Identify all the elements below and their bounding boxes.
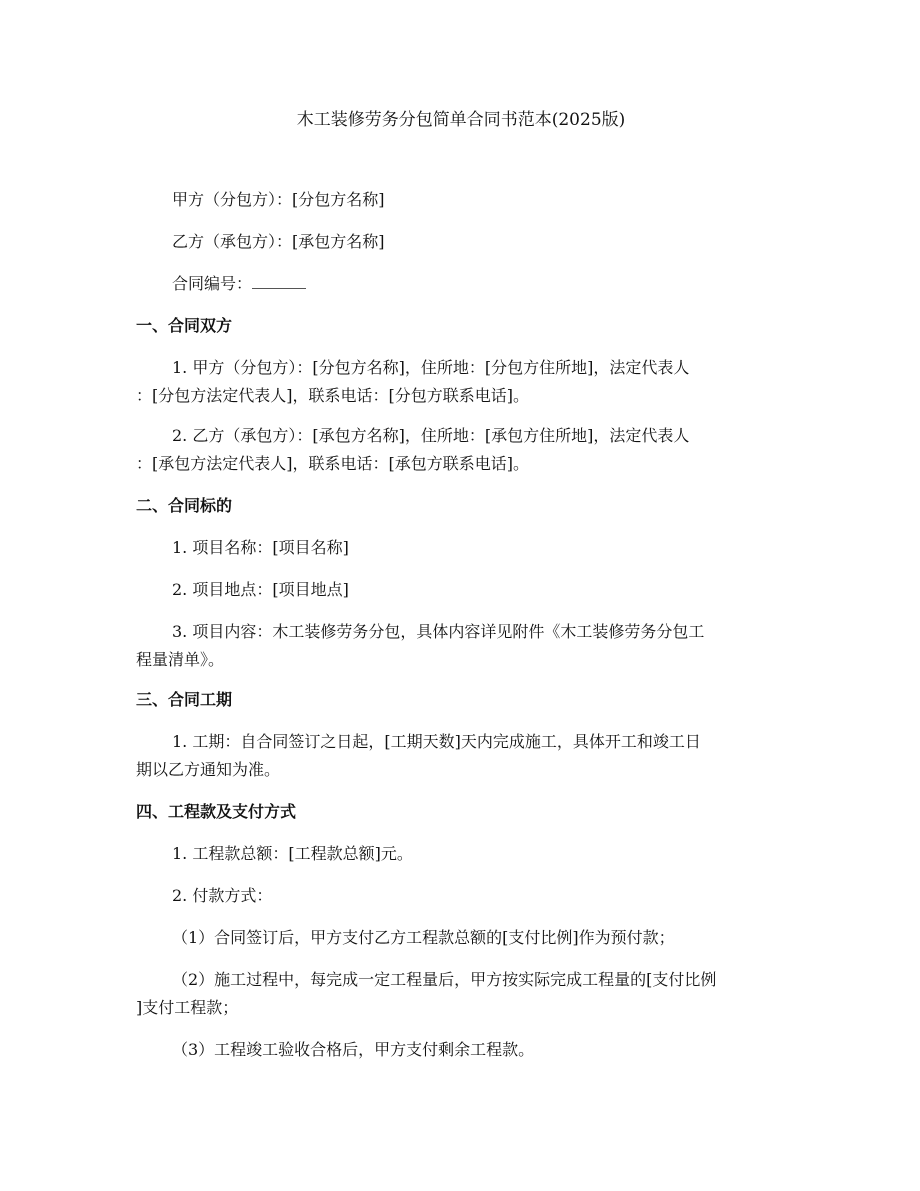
clause-line: ：[承包方法定代表人]，联系电话：[承包方联系电话]。 <box>136 450 786 478</box>
party-a-label: 甲方（分包方）： <box>172 190 292 209</box>
clause-line: 3. 项目内容：木工装修劳务分包，具体内容详见附件《木工装修劳务分包工 <box>136 618 786 646</box>
contract-number-blank <box>252 274 306 289</box>
party-b-value: [承包方名称] <box>292 232 385 251</box>
clause-line: （3）工程竣工验收合格后，甲方支付剩余工程款。 <box>136 1036 786 1064</box>
section-heading-payment: 四、工程款及支付方式 <box>136 800 786 824</box>
clause-line: 1. 工程款总额：[工程款总额]元。 <box>136 840 786 868</box>
clause-line: 期以乙方通知为准。 <box>136 756 786 784</box>
contract-number-label: 合同编号： <box>172 274 252 293</box>
clause-line: 2. 付款方式： <box>136 882 786 910</box>
clause-line: ]支付工程款； <box>136 994 786 1022</box>
section-heading-subject: 二、合同标的 <box>136 494 786 518</box>
clause-line: 2. 乙方（承包方）：[承包方名称]，住所地：[承包方住所地]，法定代表人 <box>136 422 786 450</box>
clause-total-amount: 1. 工程款总额：[工程款总额]元。 <box>136 840 786 868</box>
clause-payment-final: （3）工程竣工验收合格后，甲方支付剩余工程款。 <box>136 1036 786 1064</box>
party-b-label: 乙方（承包方）： <box>172 232 292 251</box>
clause-line: 2. 项目地点：[项目地点] <box>136 576 786 604</box>
clause-project-name: 1. 项目名称：[项目名称] <box>136 534 786 562</box>
contract-number-field: 合同编号： <box>136 272 786 296</box>
clause-payment-progress: （2）施工过程中，每完成一定工程量后，甲方按实际完成工程量的[支付比例 ]支付工… <box>136 966 786 1022</box>
clause-party-b: 2. 乙方（承包方）：[承包方名称]，住所地：[承包方住所地]，法定代表人 ：[… <box>136 422 786 478</box>
document-title: 木工装修劳务分包简单合同书范本(2025版) <box>136 108 786 132</box>
clause-project-content: 3. 项目内容：木工装修劳务分包，具体内容详见附件《木工装修劳务分包工 程量清单… <box>136 618 786 674</box>
clause-line: ：[分包方法定代表人]，联系电话：[分包方联系电话]。 <box>136 382 786 410</box>
clause-line: 1. 甲方（分包方）：[分包方名称]，住所地：[分包方住所地]，法定代表人 <box>136 354 786 382</box>
clause-payment-method: 2. 付款方式： <box>136 882 786 910</box>
clause-line: （1）合同签订后，甲方支付乙方工程款总额的[支付比例]作为预付款； <box>136 924 786 952</box>
clause-payment-advance: （1）合同签订后，甲方支付乙方工程款总额的[支付比例]作为预付款； <box>136 924 786 952</box>
clause-duration: 1. 工期：自合同签订之日起，[工期天数]天内完成施工，具体开工和竣工日 期以乙… <box>136 728 786 784</box>
clause-project-location: 2. 项目地点：[项目地点] <box>136 576 786 604</box>
party-a-field: 甲方（分包方）：[分包方名称] <box>136 188 786 212</box>
party-a-value: [分包方名称] <box>292 190 385 209</box>
clause-party-a: 1. 甲方（分包方）：[分包方名称]，住所地：[分包方住所地]，法定代表人 ：[… <box>136 354 786 410</box>
clause-line: 1. 项目名称：[项目名称] <box>136 534 786 562</box>
section-heading-duration: 三、合同工期 <box>136 688 786 712</box>
clause-line: 程量清单》。 <box>136 646 786 674</box>
section-heading-parties: 一、合同双方 <box>136 314 786 338</box>
party-b-field: 乙方（承包方）：[承包方名称] <box>136 230 786 254</box>
clause-line: 1. 工期：自合同签订之日起，[工期天数]天内完成施工，具体开工和竣工日 <box>136 728 786 756</box>
clause-line: （2）施工过程中，每完成一定工程量后，甲方按实际完成工程量的[支付比例 <box>136 966 786 994</box>
